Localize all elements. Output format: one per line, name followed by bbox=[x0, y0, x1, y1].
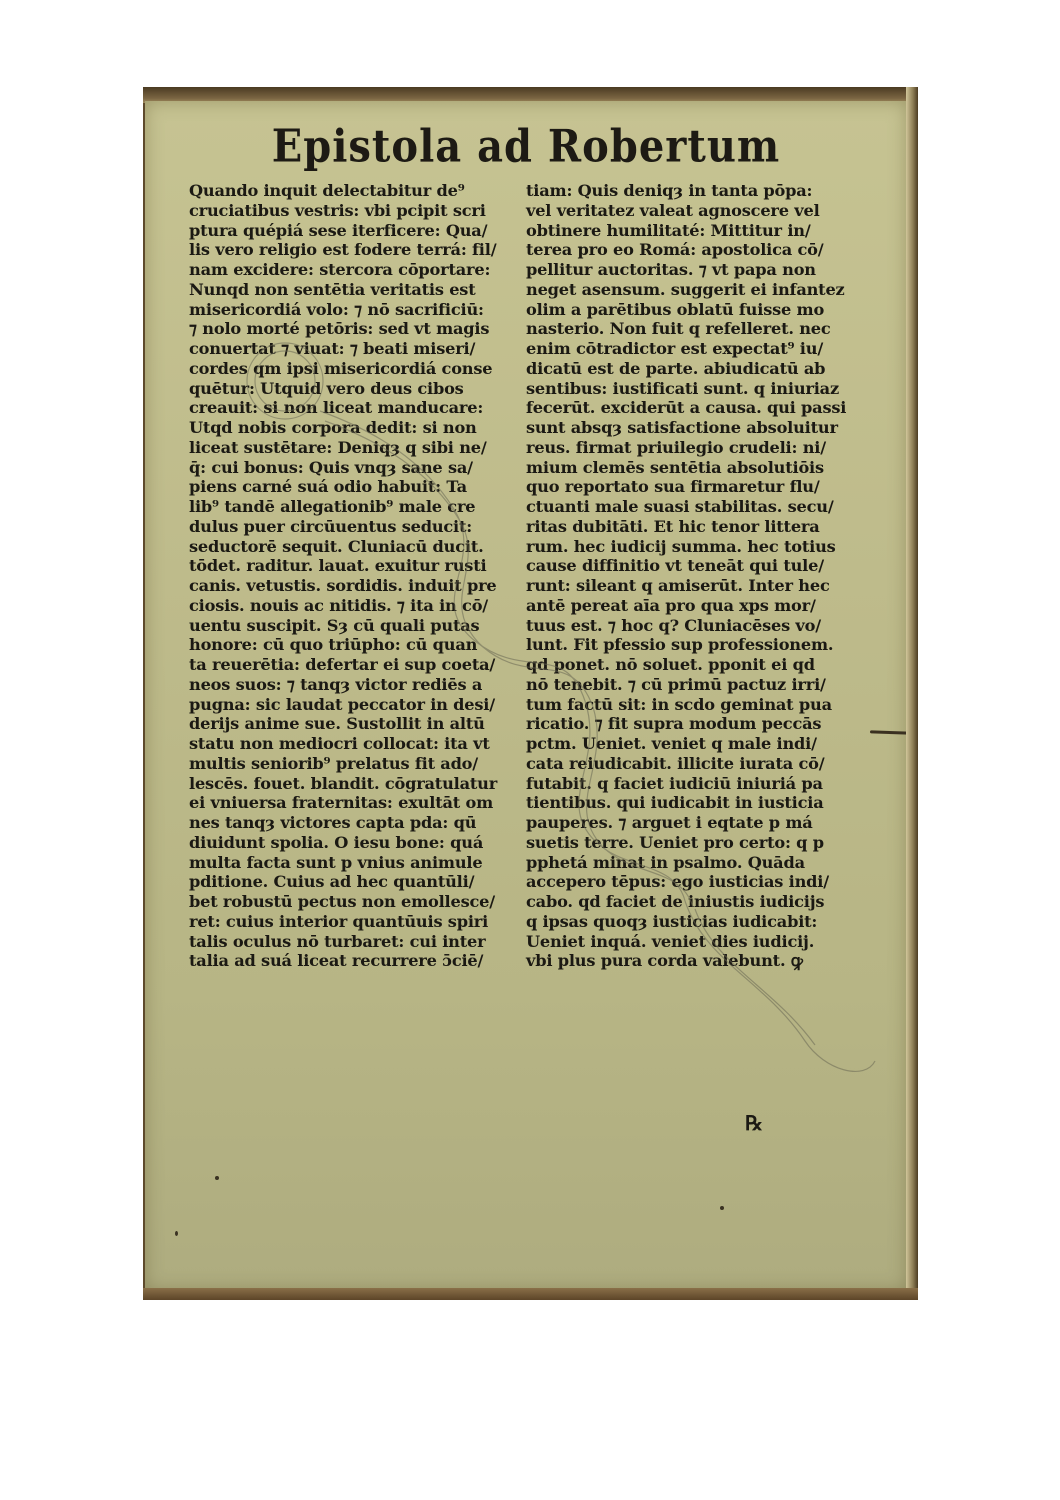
text-line: fecerūt. exciderūt a causa. qui passi bbox=[526, 398, 851, 418]
text-line: antē pereat aīa pro qua xps mor/ bbox=[526, 596, 851, 616]
text-line: nes tanqȝ victores capta pda: qū bbox=[189, 813, 509, 833]
text-line: diuidunt spolia. O iesu bone: quá bbox=[189, 833, 509, 853]
text-line: pphetá minat in psalmo. Quāda bbox=[526, 853, 851, 873]
text-line: ciosis. nouis ac nitidis. ⁊ ita in cō/ bbox=[189, 596, 509, 616]
text-line: terea pro eo Romá: apostolica cō/ bbox=[526, 240, 851, 260]
text-line: ret: cuius interior quantūuis spiri bbox=[189, 912, 509, 932]
text-line: seductorē sequit. Cluniacū ducit. bbox=[189, 537, 509, 557]
text-line: pctm. Ueniet. veniet q male indi/ bbox=[526, 734, 851, 754]
manuscript-page: Epistola ad Robertum Quando inquit delec… bbox=[145, 101, 910, 1291]
text-line: talia ad suá liceat recurrere ɔ̄ciē/ bbox=[189, 951, 509, 971]
text-line: Utqd nobis corpora dedit: si non bbox=[189, 418, 509, 438]
text-line: cause diffinitio vt teneāt qui tule/ bbox=[526, 556, 851, 576]
text-line: tientibus. qui iudicabit in iusticia bbox=[526, 793, 851, 813]
text-line: pugna: sic laudat peccator in desi/ bbox=[189, 695, 509, 715]
text-line: multa facta sunt p vnius animule bbox=[189, 853, 509, 873]
text-line: neos suos: ⁊ tanqȝ victor rediēs a bbox=[189, 675, 509, 695]
page-bottom-edge bbox=[143, 1288, 918, 1300]
text-line: Ueniet inquá. veniet dies iudicij. bbox=[526, 932, 851, 952]
text-line: bet robustū pectus non emollesce/ bbox=[189, 892, 509, 912]
text-line: ⁊ nolo morté petōris: sed vt magis bbox=[189, 319, 509, 339]
text-line: quētur: Utquid vero deus cibos bbox=[189, 379, 509, 399]
text-line: tum factū sit: in scdo geminat pua bbox=[526, 695, 851, 715]
text-line: pauperes. ⁊ arguet i eqtate p má bbox=[526, 813, 851, 833]
text-line: derijs anime sue. Sustollit in altū bbox=[189, 714, 509, 734]
text-line: suetis terre. Ueniet pro certo: q p bbox=[526, 833, 851, 853]
text-line: quo reportato sua firmaretur flu/ bbox=[526, 477, 851, 497]
text-line: cata reiudicabit. illicite iurata cō/ bbox=[526, 754, 851, 774]
text-line: reus. firmat priuilegio crudeli: ni/ bbox=[526, 438, 851, 458]
text-line: lescēs. fouet. blandit. cōgratulatur bbox=[189, 774, 509, 794]
text-line: tōdet. raditur. lauat. exuitur rusti bbox=[189, 556, 509, 576]
text-line: sunt absqȝ satisfactione absoluitur bbox=[526, 418, 851, 438]
paper-spot bbox=[215, 1176, 219, 1180]
text-line: mium clemēs sentētia absolutiōis bbox=[526, 458, 851, 478]
text-line: lis vero religio est fodere terrá: fil/ bbox=[189, 240, 509, 260]
text-line: multis seniorib⁹ prelatus fit ado/ bbox=[189, 754, 509, 774]
text-line: sentibus: iustificati sunt. q iniuriaz bbox=[526, 379, 851, 399]
text-line: piens carné suá odio habuit: Ta bbox=[189, 477, 509, 497]
page-right-edge bbox=[906, 87, 918, 1300]
text-line: liceat sustētare: Deniqȝ q sibi ne/ bbox=[189, 438, 509, 458]
text-line: runt: sileant q amiserūt. Inter hec bbox=[526, 576, 851, 596]
text-line: qd ponet. nō soluet. pponit ei qd bbox=[526, 655, 851, 675]
text-line: pellitur auctoritas. ⁊ vt papa non bbox=[526, 260, 851, 280]
text-line: cordes qm ipsi misericordiá conse bbox=[189, 359, 509, 379]
text-line: ptura quépiá sese iterficere: Qua/ bbox=[189, 221, 509, 241]
text-line: olim a parētibus oblatū fuisse mo bbox=[526, 300, 851, 320]
text-line: ei vniuersa fraternitas: exultāt om bbox=[189, 793, 509, 813]
text-line: ricatio. ⁊ fit supra modum peccās bbox=[526, 714, 851, 734]
text-line: q̄: cui bonus: Quis vnqȝ sane sa/ bbox=[189, 458, 509, 478]
text-line: cruciatibus vestris: vbi pcipit scri bbox=[189, 201, 509, 221]
text-line: enim cōtradictor est expectat⁹ iu/ bbox=[526, 339, 851, 359]
text-line: nasterio. Non fuit q refelleret. nec bbox=[526, 319, 851, 339]
text-line: vbi plus pura corda valebunt. ꝙ bbox=[526, 951, 851, 971]
text-line: q ipsas quoqȝ iusticias iudicabit: bbox=[526, 912, 851, 932]
text-line: neget asensum. suggerit ei infantez bbox=[526, 280, 851, 300]
text-line: talis oculus nō turbaret: cui inter bbox=[189, 932, 509, 952]
text-line: creauit: si non liceat manducare: bbox=[189, 398, 509, 418]
text-line: cabo. qd faciet de iniustis iudicijs bbox=[526, 892, 851, 912]
text-line: misericordiá volo: ⁊ nō sacrificiū: bbox=[189, 300, 509, 320]
text-line: nō tenebit. ⁊ cū primū pactuz irri/ bbox=[526, 675, 851, 695]
text-line: accepero tēpus: ego iusticias indi/ bbox=[526, 872, 851, 892]
text-line: Nunqd non sentētia veritatis est bbox=[189, 280, 509, 300]
text-line: ritas dubitāti. Et hic tenor littera bbox=[526, 517, 851, 537]
text-column-left: Quando inquit delectabitur de⁹cruciatibu… bbox=[189, 181, 509, 971]
scanned-page-frame: Epistola ad Robertum Quando inquit delec… bbox=[143, 87, 918, 1300]
text-line: nam excidere: stercora cōportare: bbox=[189, 260, 509, 280]
text-line: Quando inquit delectabitur de⁹ bbox=[189, 181, 509, 201]
paper-spot bbox=[720, 1206, 724, 1210]
paper-spot bbox=[175, 1231, 178, 1236]
text-line: ctuanti male suasi stabilitas. secu/ bbox=[526, 497, 851, 517]
text-line: honore: cū quo triūpho: cū quan bbox=[189, 635, 509, 655]
text-line: futabit. q faciet iudiciū iniuriá pa bbox=[526, 774, 851, 794]
text-line: uentu suscipit. Sȝ cū quali putas bbox=[189, 616, 509, 636]
text-line: lunt. Fit pfessio sup professionem. bbox=[526, 635, 851, 655]
signature-mark: ℞ bbox=[745, 1111, 763, 1135]
text-line: ta reuerētia: defertar ei sup coeta/ bbox=[189, 655, 509, 675]
text-line: pditione. Cuius ad hec quantūli/ bbox=[189, 872, 509, 892]
text-line: canis. vetustis. sordidis. induit pre bbox=[189, 576, 509, 596]
text-line: rum. hec iudicij summa. hec totius bbox=[526, 537, 851, 557]
text-line: dicatū est de parte. abiudicatū ab bbox=[526, 359, 851, 379]
text-line: tiam: Quis deniqȝ in tanta pōpa: bbox=[526, 181, 851, 201]
text-line: vel veritatez valeat agnoscere vel bbox=[526, 201, 851, 221]
text-line: obtinere humilitaté: Mittitur in/ bbox=[526, 221, 851, 241]
margin-pen-stroke bbox=[870, 730, 910, 734]
text-line: tuus est. ⁊ hoc q? Cluniacēses vo/ bbox=[526, 616, 851, 636]
text-line: lib⁹ tandē allegationib⁹ male cre bbox=[189, 497, 509, 517]
text-line: dulus puer circūuentus seducit: bbox=[189, 517, 509, 537]
page-title: Epistola ad Robertum bbox=[145, 120, 907, 173]
text-line: conuertat ⁊ viuat: ⁊ beati miseri/ bbox=[189, 339, 509, 359]
text-column-right: tiam: Quis deniqȝ in tanta pōpa:vel veri… bbox=[526, 181, 851, 971]
text-line: statu non mediocri collocat: ita vt bbox=[189, 734, 509, 754]
